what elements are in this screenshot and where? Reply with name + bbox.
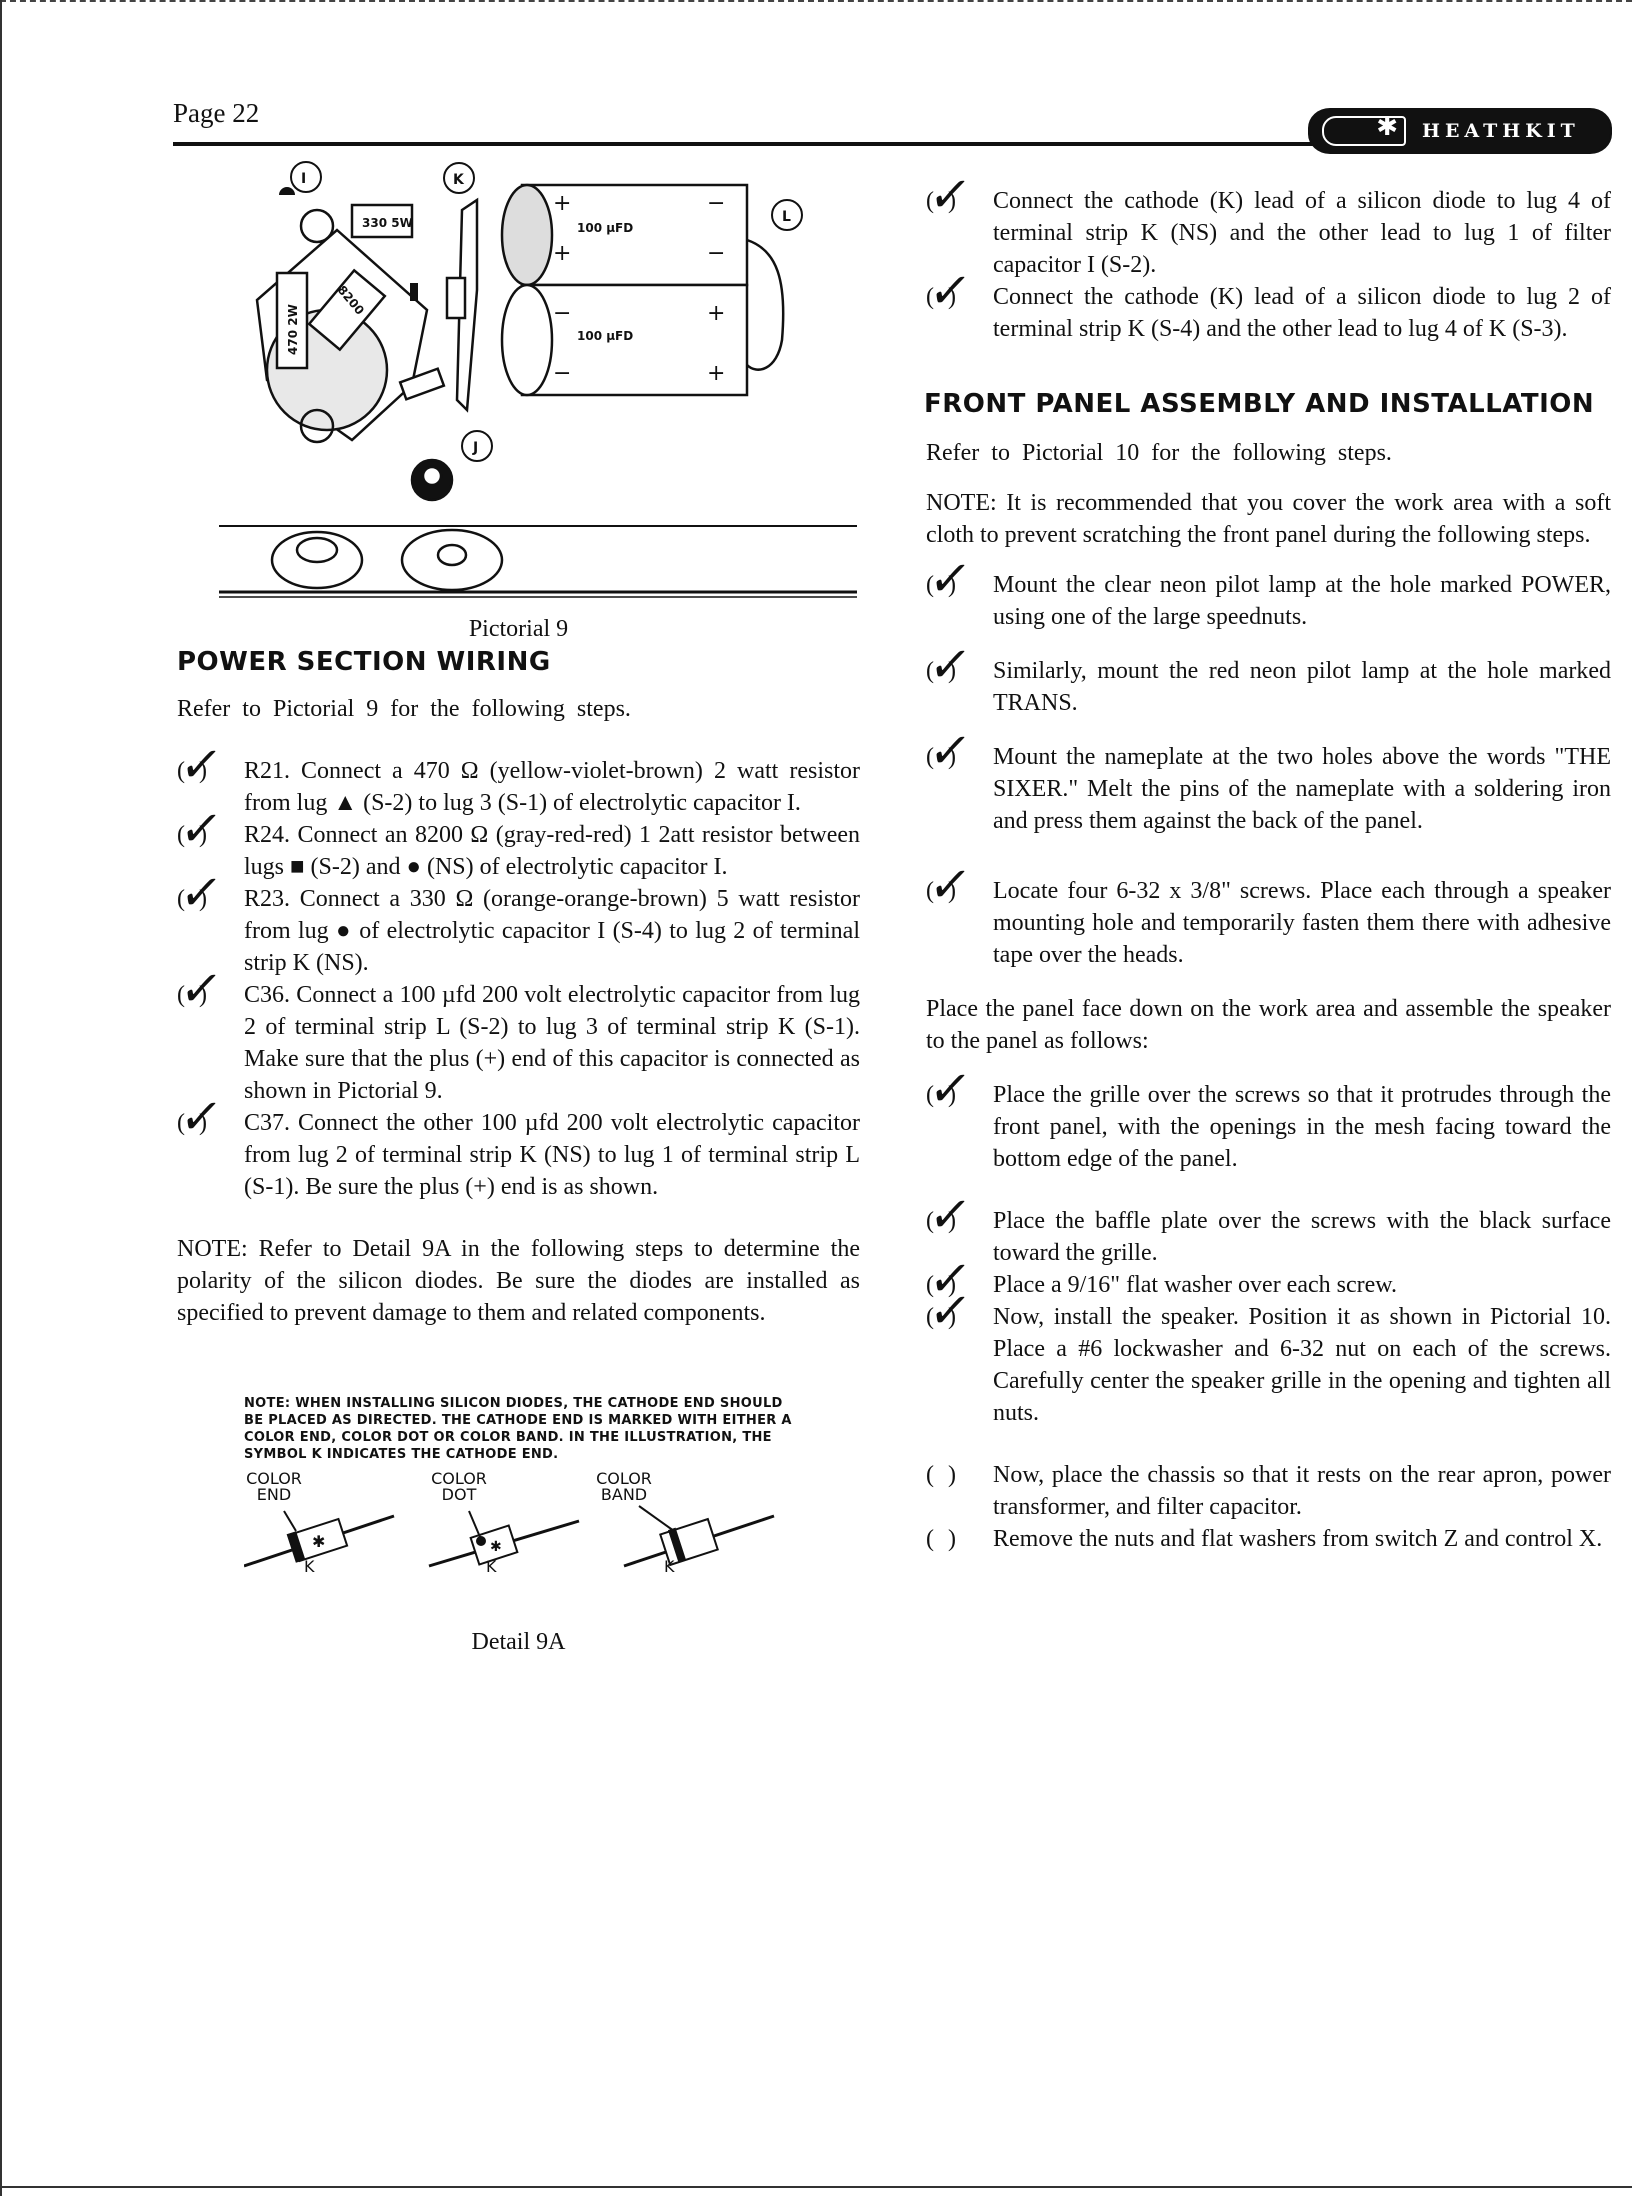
step-text: R21. Connect a 470 Ω (yellow-violet-brow… [244, 758, 860, 816]
label-cap-top: 100 µFD [577, 221, 633, 235]
page-number: Page 22 [173, 98, 259, 129]
chassis-steps-list: () Now, place the chassis so that it res… [926, 1459, 1611, 1555]
brand-name: HEATHKIT [1422, 120, 1580, 142]
detail-9a-note: NOTE: WHEN INSTALLING SILICON DIODES, TH… [244, 1395, 799, 1463]
assemble-speaker-paragraph: Place the panel face down on the work ar… [926, 993, 1611, 1057]
step-install-speaker[interactable]: () ✓ Now, install the speaker. Position … [926, 1301, 1611, 1429]
check-mark-icon: ✓ [177, 965, 226, 1013]
step-text: C36. Connect a 100 µfd 200 volt electrol… [244, 982, 860, 1104]
step-nameplate[interactable]: () ✓ Mount the nameplate at the two hole… [926, 741, 1611, 837]
step-place-chassis[interactable]: () Now, place the chassis so that it res… [926, 1459, 1611, 1523]
diode-label-color-dot: COLORDOT [429, 1471, 489, 1503]
step-locate-screws[interactable]: () ✓ Locate four 6-32 x 3/8" screws. Pla… [926, 875, 1611, 971]
svg-text:−: − [707, 191, 725, 216]
step-text: Locate four 6-32 x 3/8" screws. Place ea… [993, 878, 1611, 968]
step-text: Remove the nuts and flat washers from sw… [993, 1526, 1602, 1552]
diode-label-color-end: COLOREND [244, 1471, 304, 1503]
step-text: Place the grille over the screws so that… [993, 1082, 1611, 1172]
step-text: R24. Connect an 8200 Ω (gray-red-red) 1 … [244, 822, 860, 880]
cathode-label: K [664, 1559, 675, 1575]
svg-text:+: + [553, 241, 571, 266]
step-text: Now, place the chassis so that it rests … [993, 1462, 1611, 1520]
step-baffle-plate[interactable]: () ✓ Place the baffle plate over the scr… [926, 1205, 1611, 1269]
check-mark-icon: ✓ [177, 805, 226, 853]
step-red-neon-lamp[interactable]: () ✓ Similarly, mount the red neon pilot… [926, 655, 1611, 719]
svg-text:−: − [553, 301, 571, 326]
label-K: K [453, 172, 465, 188]
step-checkbox[interactable]: () [926, 1523, 986, 1555]
step-diode-1[interactable]: () ✓ Connect the cathode (K) lead of a s… [926, 185, 1611, 281]
cloth-note: NOTE: It is recommended that you cover t… [926, 487, 1611, 551]
svg-text:+: + [707, 361, 725, 386]
step-grille[interactable]: () ✓ Place the grille over the screws so… [926, 1079, 1611, 1175]
step-text: C37. Connect the other 100 µfd 200 volt … [244, 1110, 860, 1200]
label-I: I [301, 171, 306, 187]
step-text: Mount the nameplate at the two holes abo… [993, 744, 1611, 834]
svg-text:✱: ✱ [490, 1539, 502, 1555]
step-r21[interactable]: () ✓ R21. Connect a 470 Ω (yellow-violet… [177, 755, 860, 819]
check-mark-icon: ✓ [926, 641, 975, 689]
diode-polarity-note: NOTE: Refer to Detail 9A in the followin… [177, 1233, 860, 1329]
header-rule [173, 142, 1323, 146]
section-heading-front-panel: FRONT PANEL ASSEMBLY AND INSTALLATION [924, 389, 1611, 419]
heathkit-emblem-icon [1322, 116, 1406, 146]
label-L: L [782, 209, 791, 225]
scan-edge-top [0, 0, 1632, 4]
step-text: Connect the cathode (K) lead of a silico… [993, 188, 1611, 278]
cathode-label: K [304, 1559, 315, 1575]
svg-text:−: − [553, 361, 571, 386]
step-checkbox[interactable]: () [926, 1459, 986, 1491]
step-c36[interactable]: () ✓ C36. Connect a 100 µfd 200 volt ele… [177, 979, 860, 1107]
power-steps-list: () ✓ R21. Connect a 470 Ω (yellow-violet… [177, 755, 860, 1203]
check-mark-icon: ✓ [177, 869, 226, 917]
pictorial-9-caption: Pictorial 9 [177, 616, 860, 643]
step-text: Place a 9/16" flat washer over each scre… [993, 1272, 1397, 1298]
check-mark-icon: ✓ [926, 1287, 975, 1335]
right-column: () ✓ Connect the cathode (K) lead of a s… [926, 185, 1611, 1555]
front-panel-steps-list: () ✓ Mount the clear neon pilot lamp at … [926, 569, 1611, 971]
svg-text:+: + [553, 191, 571, 216]
check-mark-icon: ✓ [177, 741, 226, 789]
step-text: R23. Connect a 330 Ω (orange-orange-brow… [244, 886, 860, 976]
step-text: Mount the clear neon pilot lamp at the h… [993, 572, 1611, 630]
diode-illustrations: ✱ ✱ [244, 1481, 804, 1571]
step-remove-nuts[interactable]: () Remove the nuts and flat washers from… [926, 1523, 1611, 1555]
check-mark-icon: ✓ [926, 861, 975, 909]
section-heading-power: POWER SECTION WIRING [177, 647, 860, 677]
step-c37[interactable]: () ✓ C37. Connect the other 100 µfd 200 … [177, 1107, 860, 1203]
step-flat-washer[interactable]: () ✓ Place a 9/16" flat washer over each… [926, 1269, 1611, 1301]
check-mark-icon: ✓ [926, 555, 975, 603]
speaker-steps-list: () ✓ Place the grille over the screws so… [926, 1079, 1611, 1429]
check-mark-icon: ✓ [926, 1065, 975, 1113]
check-mark-icon: ✓ [177, 1093, 226, 1141]
svg-text:✱: ✱ [312, 1532, 325, 1551]
step-r23[interactable]: () ✓ R23. Connect a 330 Ω (orange-orange… [177, 883, 860, 979]
intro-front-panel: Refer to Pictorial 10 for the following … [926, 437, 1611, 469]
intro-power: Refer to Pictorial 9 for the following s… [177, 693, 860, 725]
check-mark-icon: ✓ [926, 267, 975, 315]
step-text: Similarly, mount the red neon pilot lamp… [993, 658, 1611, 716]
pictorial-9-figure: I K L J 330 5W 100 µFD 100 µFD 470 2W 82… [177, 150, 860, 610]
step-text: Connect the cathode (K) lead of a silico… [993, 284, 1611, 342]
heathkit-logo: HEATHKIT [1308, 108, 1612, 154]
step-diode-2[interactable]: () ✓ Connect the cathode (K) lead of a s… [926, 281, 1611, 345]
svg-text:+: + [707, 301, 725, 326]
cathode-label: K [486, 1559, 497, 1575]
scan-edge-left [0, 0, 2, 2196]
check-mark-icon: ✓ [926, 727, 975, 775]
check-mark-icon: ✓ [926, 1191, 975, 1239]
detail-9a-caption: Detail 9A [177, 1629, 860, 1656]
label-470-2w: 470 2W [286, 304, 300, 355]
step-r24[interactable]: () ✓ R24. Connect an 8200 Ω (gray-red-re… [177, 819, 860, 883]
svg-text:−: − [707, 241, 725, 266]
label-cap-bottom: 100 µFD [577, 329, 633, 343]
label-330-5w: 330 5W [362, 216, 413, 230]
diode-steps-list: () ✓ Connect the cathode (K) lead of a s… [926, 185, 1611, 345]
label-J: J [472, 440, 478, 456]
wiring-diagram-illustration: I K L J 330 5W 100 µFD 100 µFD 470 2W 82… [177, 150, 860, 610]
scan-edge-bottom [0, 2186, 1632, 2188]
left-column: I K L J 330 5W 100 µFD 100 µFD 470 2W 82… [177, 150, 860, 1656]
detail-9a-diodes: ✱ ✱ COLOREND K COLORDOT K COLO [244, 1481, 860, 1571]
step-text: Now, install the speaker. Position it as… [993, 1304, 1611, 1426]
diode-label-color-band: COLORBAND [594, 1471, 654, 1503]
check-mark-icon: ✓ [926, 171, 975, 219]
step-text: Place the baffle plate over the screws w… [993, 1208, 1611, 1266]
step-clear-neon-lamp[interactable]: () ✓ Mount the clear neon pilot lamp at … [926, 569, 1611, 633]
